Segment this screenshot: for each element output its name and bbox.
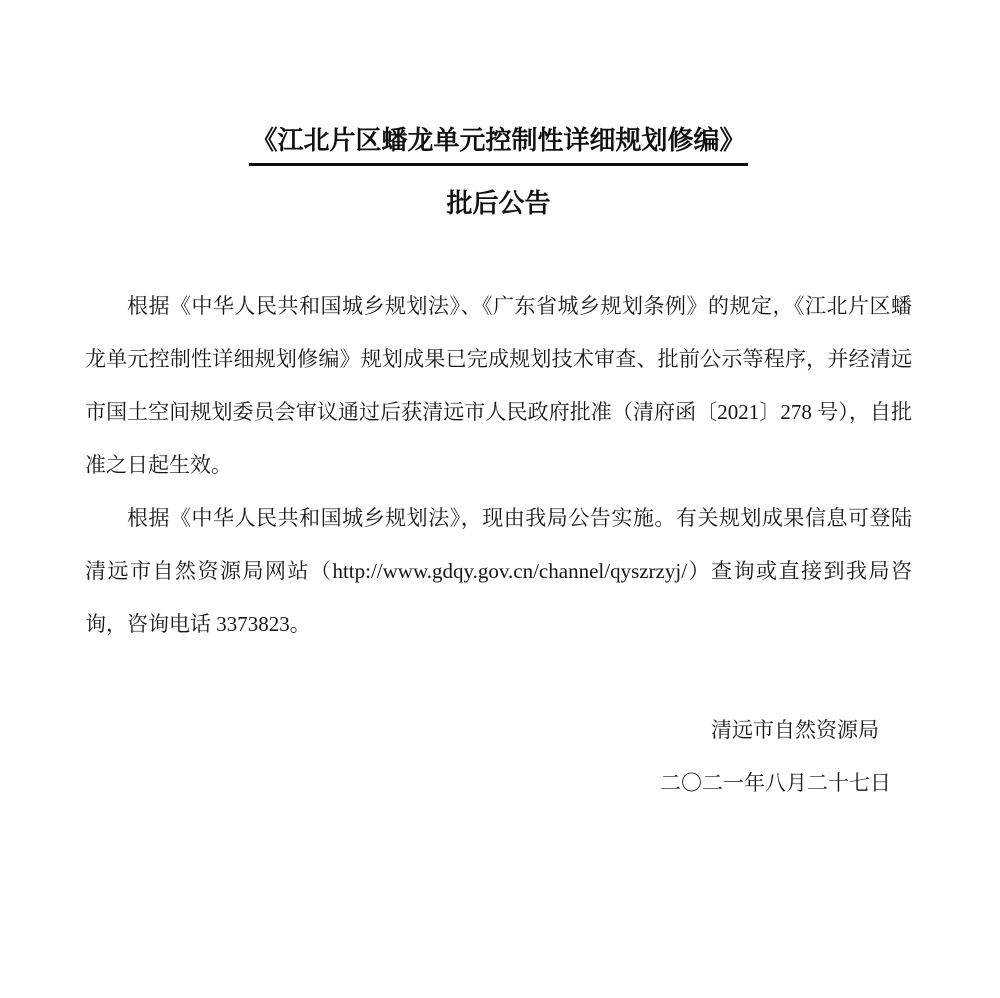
signature-block: 清远市自然资源局 二〇二一年八月二十七日	[85, 704, 912, 810]
signature-org: 清远市自然资源局	[85, 704, 912, 757]
document-content: 《江北片区蟠龙单元控制性详细规划修编》 批后公告 根据《中华人民共和国城乡规划法…	[0, 120, 1000, 810]
signature-date: 二〇二一年八月二十七日	[85, 757, 912, 810]
document-subtitle: 批后公告	[85, 188, 912, 218]
body-paragraph-1: 根据《中华人民共和国城乡规划法》、《广东省城乡规划条例》的规定，《江北片区蟠龙单…	[85, 280, 912, 492]
document-title-text: 《江北片区蟠龙单元控制性详细规划修编》	[249, 120, 747, 166]
document-title: 《江北片区蟠龙单元控制性详细规划修编》	[85, 120, 912, 166]
document-body: 根据《中华人民共和国城乡规划法》、《广东省城乡规划条例》的规定，《江北片区蟠龙单…	[85, 280, 912, 651]
body-paragraph-2: 根据《中华人民共和国城乡规划法》，现由我局公告实施。有关规划成果信息可登陆清远市…	[85, 492, 912, 651]
document-page: 《江北片区蟠龙单元控制性详细规划修编》 批后公告 根据《中华人民共和国城乡规划法…	[0, 0, 1000, 998]
